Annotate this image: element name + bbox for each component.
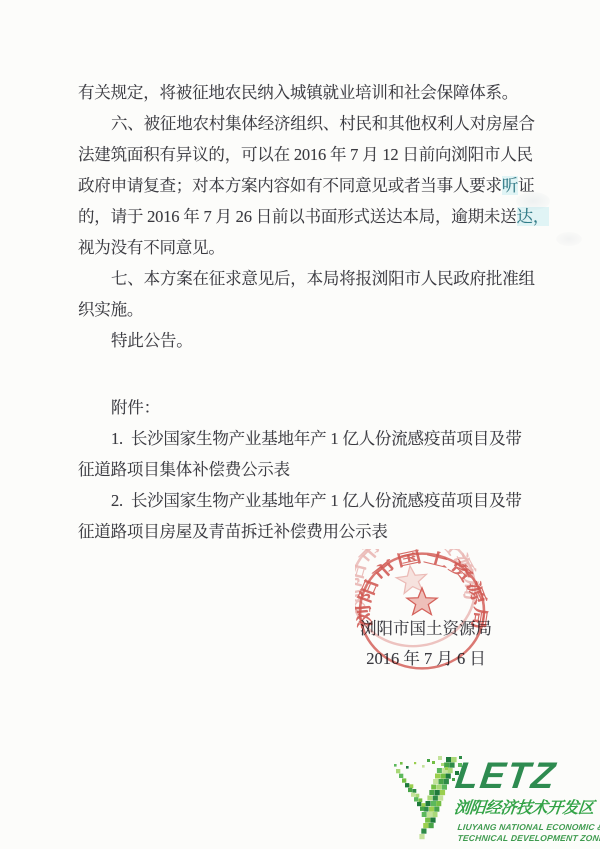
doc-line: 附件： bbox=[78, 392, 530, 423]
doc-line: 织实施。 bbox=[78, 294, 530, 325]
letz-en-name-line1: LIUYANG NATIONAL ECONOMIC & bbox=[457, 822, 600, 833]
doc-line: 有关规定，将被征地农民纳入城镇就业培训和社会保障体系。 bbox=[78, 77, 530, 108]
doc-line: 视为没有不同意见。 bbox=[78, 232, 530, 263]
doc-line: 2. 长沙国家生物产业基地年产 1 亿人份流感疫苗项目及带 bbox=[78, 485, 530, 516]
letz-mosaic-v-icon bbox=[394, 756, 462, 844]
doc-line: 六、被征地农村集体经济组织、村民和其他权利人对房屋合 bbox=[78, 108, 530, 139]
scanned-document-page: 有关规定，将被征地农民纳入城镇就业培训和社会保障体系。六、被征地农村集体经济组织… bbox=[0, 0, 600, 849]
letz-cn-name: 浏阳经济技术开发区 bbox=[453, 799, 595, 819]
doc-line: 政府申请复查；对本方案内容如有不同意见或者当事人要求听证 bbox=[78, 170, 530, 201]
document-body-text: 有关规定，将被征地农民纳入城镇就业培训和社会保障体系。六、被征地农村集体经济组织… bbox=[78, 77, 530, 356]
letz-acronym: LETZ bbox=[453, 756, 559, 796]
official-seal: 浏阳市国土资源局 bbox=[355, 549, 489, 673]
doc-line: 征道路项目房屋及青苗拆迁补偿费用公示表 bbox=[78, 516, 530, 547]
attachments-text: 附件：1. 长沙国家生物产业基地年产 1 亿人份流感疫苗项目及带征道路项目集体补… bbox=[78, 392, 530, 547]
scan-smudge bbox=[556, 232, 582, 246]
doc-line: 特此公告。 bbox=[78, 325, 530, 356]
doc-line: 七、本方案在征求意见后，本局将报浏阳市人民政府批准组 bbox=[78, 263, 530, 294]
doc-line: 1. 长沙国家生物产业基地年产 1 亿人份流感疫苗项目及带 bbox=[78, 423, 530, 454]
scan-color-artifact: 达， bbox=[517, 207, 550, 226]
doc-line: 法建筑面积有异议的，可以在 2016 年 7 月 12 日前向浏阳市人民 bbox=[78, 139, 530, 170]
scan-color-artifact: 听 bbox=[502, 176, 518, 195]
letz-logo: LETZ 浏阳经济技术开发区 LIUYANG NATIONAL ECONOMIC… bbox=[394, 756, 600, 849]
letz-en-name-line2: TECHNICAL DEVELOPMENT ZONE bbox=[457, 833, 600, 844]
doc-line: 征道路项目集体补偿费公示表 bbox=[78, 454, 530, 485]
doc-line: 的，请于 2016 年 7 月 26 日前以书面形式送达本局，逾期未送达， bbox=[78, 201, 530, 232]
